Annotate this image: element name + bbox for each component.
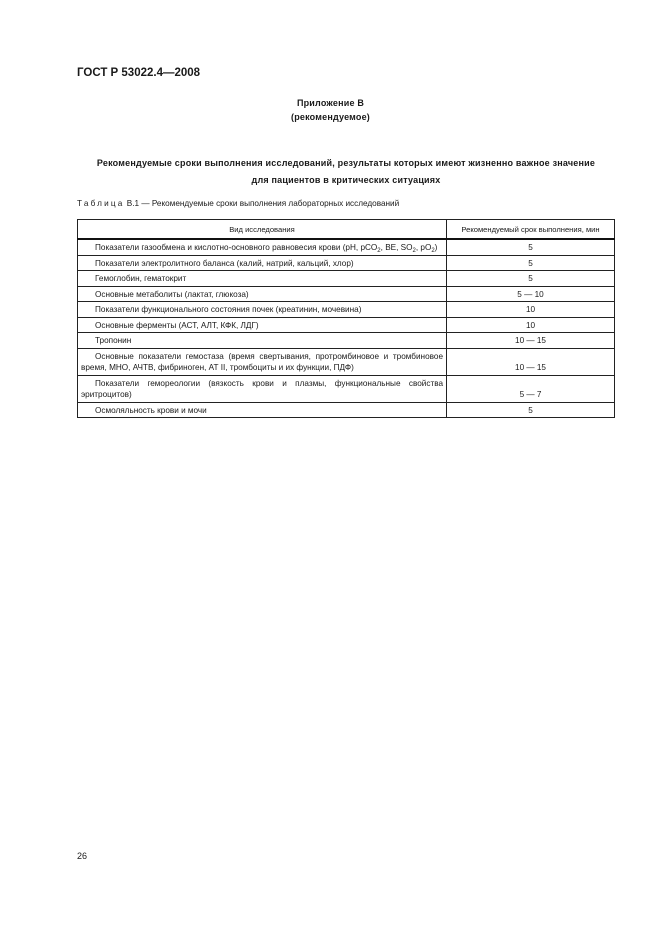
section-title: Рекомендуемые сроки выполнения исследова… [77, 155, 615, 189]
turnaround-cell: 10 [447, 317, 615, 333]
table-row: Показатели электролитного баланса (калий… [78, 255, 615, 271]
document-code: ГОСТ Р 53022.4—2008 [77, 67, 200, 79]
column-header-test-type: Вид исследования [78, 220, 447, 240]
table-row: Основные метаболиты (лактат, глюкоза)5 —… [78, 286, 615, 302]
section-title-line-2: для пациентов в критических ситуациях [77, 172, 615, 189]
annex-title: Приложение В [0, 96, 661, 110]
table-row: Основные ферменты (АСТ, АЛТ, КФК, ЛДГ)10 [78, 317, 615, 333]
table-caption: Таблица В.1 — Рекомендуемые сроки выполн… [77, 199, 399, 208]
page-number: 26 [77, 851, 87, 861]
turnaround-cell: 5 — 10 [447, 286, 615, 302]
turnaround-cell: 10 — 15 [447, 348, 615, 375]
test-type-cell: Основные ферменты (АСТ, АЛТ, КФК, ЛДГ) [78, 317, 447, 333]
turnaround-cell: 10 [447, 302, 615, 318]
turnaround-cell: 5 — 7 [447, 375, 615, 402]
table-row: Осмоляльность крови и мочи5 [78, 402, 615, 418]
turnaround-cell: 10 — 15 [447, 333, 615, 349]
table-row: Показатели гемореологии (вязкость крови … [78, 375, 615, 402]
test-type-cell: Показатели газообмена и кислотно-основно… [78, 239, 447, 255]
table-row: Основные показатели гемостаза (время све… [78, 348, 615, 375]
annex-status: (рекомендуемое) [0, 110, 661, 124]
test-type-cell: Показатели функционального состояния поч… [78, 302, 447, 318]
table-row: Показатели газообмена и кислотно-основно… [78, 239, 615, 255]
section-title-line-1: Рекомендуемые сроки выполнения исследова… [77, 155, 615, 172]
table-row: Показатели функционального состояния поч… [78, 302, 615, 318]
test-type-cell: Показатели гемореологии (вязкость крови … [78, 375, 447, 402]
turnaround-cell: 5 [447, 239, 615, 255]
table-row: Тропонин10 — 15 [78, 333, 615, 349]
turnaround-cell: 5 [447, 255, 615, 271]
test-type-cell: Гемоглобин, гематокрит [78, 271, 447, 287]
table-row: Гемоглобин, гематокрит5 [78, 271, 615, 287]
column-header-turnaround: Рекомендуемый срок выполнения, мин [447, 220, 615, 240]
table-header-row: Вид исследования Рекомендуемый срок выпо… [78, 220, 615, 240]
test-type-cell: Основные показатели гемостаза (время све… [78, 348, 447, 375]
turnaround-cell: 5 [447, 271, 615, 287]
table-caption-label: Таблица [77, 199, 125, 208]
lab-tests-table: Вид исследования Рекомендуемый срок выпо… [77, 219, 615, 418]
annex-heading: Приложение В (рекомендуемое) [0, 96, 661, 124]
test-type-cell: Тропонин [78, 333, 447, 349]
test-type-cell: Показатели электролитного баланса (калий… [78, 255, 447, 271]
table-caption-text: В.1 — Рекомендуемые сроки выполнения лаб… [127, 199, 399, 208]
test-type-cell: Осмоляльность крови и мочи [78, 402, 447, 418]
test-type-cell: Основные метаболиты (лактат, глюкоза) [78, 286, 447, 302]
turnaround-cell: 5 [447, 402, 615, 418]
